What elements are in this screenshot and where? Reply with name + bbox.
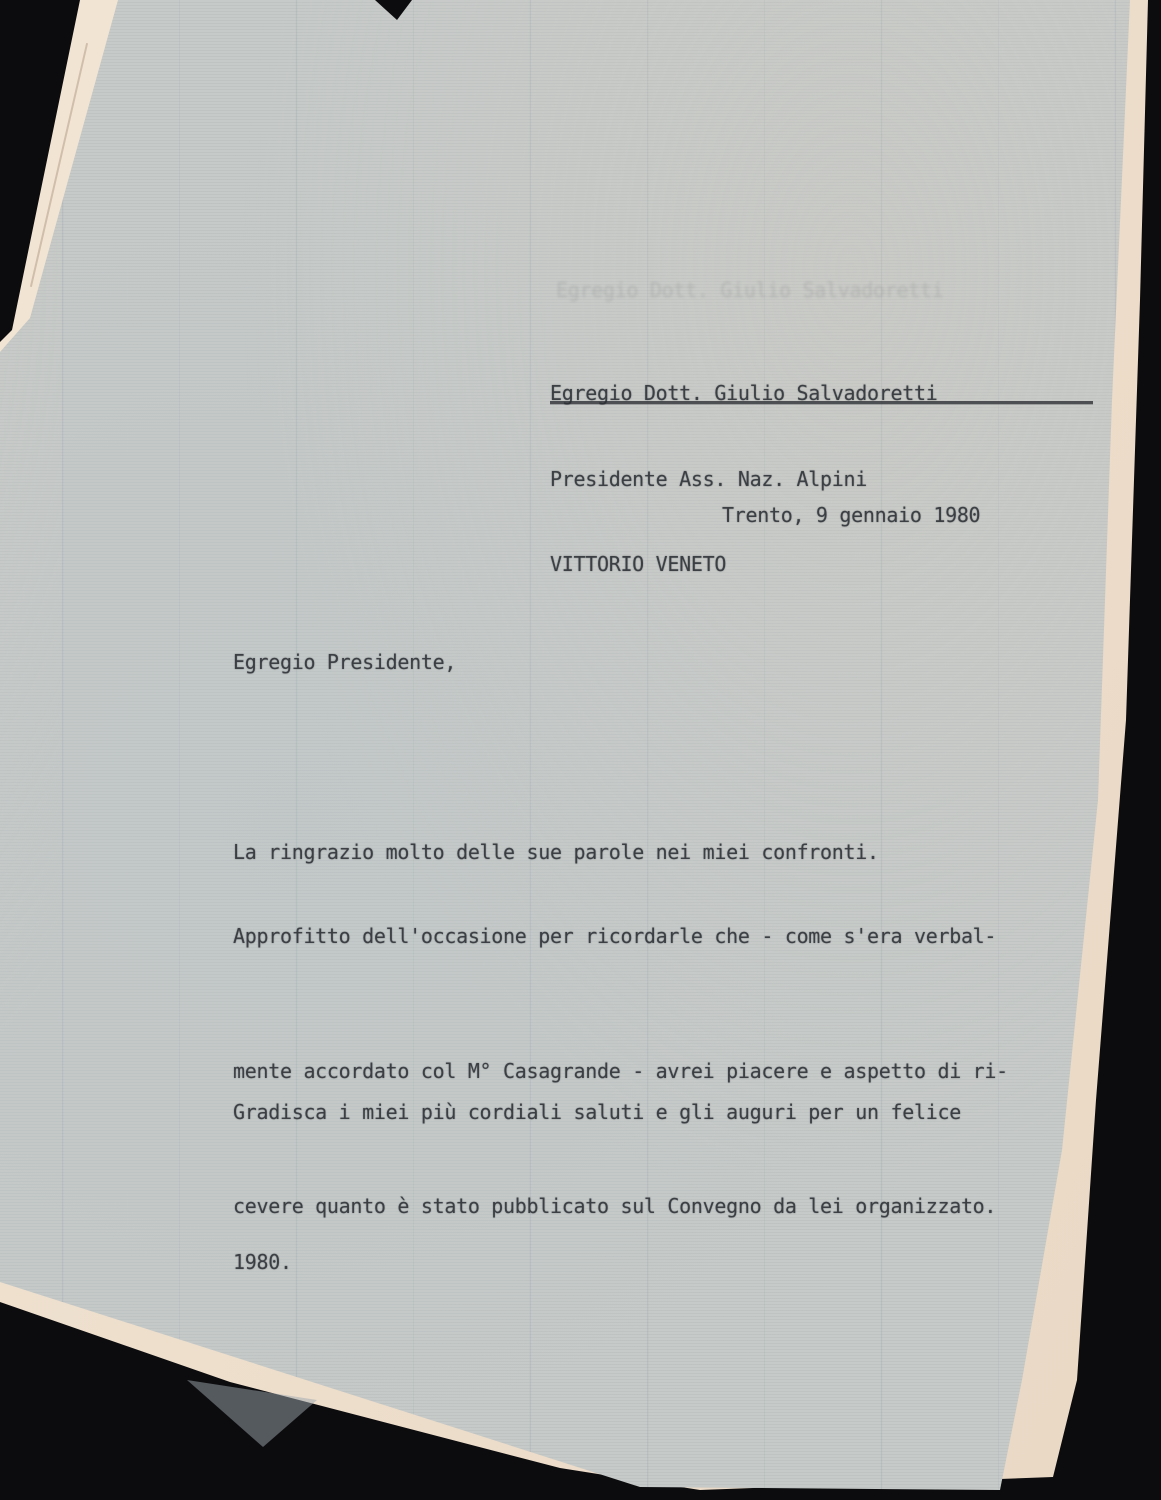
paragraph-line: 1980. xyxy=(233,1237,961,1287)
ghost-imprint: Egregio Dott. Giulio Salvadoretti xyxy=(556,278,943,302)
letter-sheet: Egregio Dott. Giulio Salvadoretti Egregi… xyxy=(0,0,1161,1500)
address-underline xyxy=(550,401,1093,404)
paragraph-line: Approfitto dell'occasione per ricordarle… xyxy=(233,914,1008,959)
recipient-city: VITTORIO VENETO xyxy=(550,550,937,579)
dateline: Trento, 9 gennaio 1980 xyxy=(722,503,980,527)
recipient-title: Presidente Ass. Naz. Alpini xyxy=(550,465,937,494)
salutation: Egregio Presidente, xyxy=(233,650,456,674)
paragraph-3: Gradisca i miei più cordiali saluti e gl… xyxy=(233,987,961,1387)
scanned-letter-page: Egregio Dott. Giulio Salvadoretti Egregi… xyxy=(0,0,1161,1500)
paragraph-line: Gradisca i miei più cordiali saluti e gl… xyxy=(233,1087,961,1137)
recipient-address: Egregio Dott. Giulio Salvadoretti Presid… xyxy=(550,322,937,636)
